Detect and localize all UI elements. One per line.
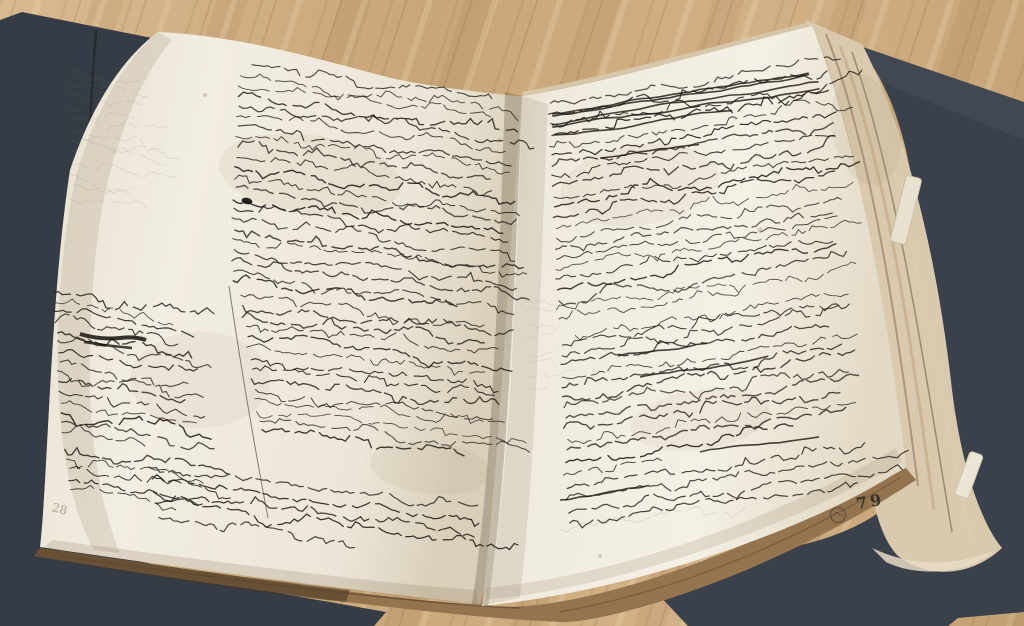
- open-manuscript-book: [0, 0, 1024, 626]
- photograph-of-open-manuscript: 79 28: [0, 0, 1024, 626]
